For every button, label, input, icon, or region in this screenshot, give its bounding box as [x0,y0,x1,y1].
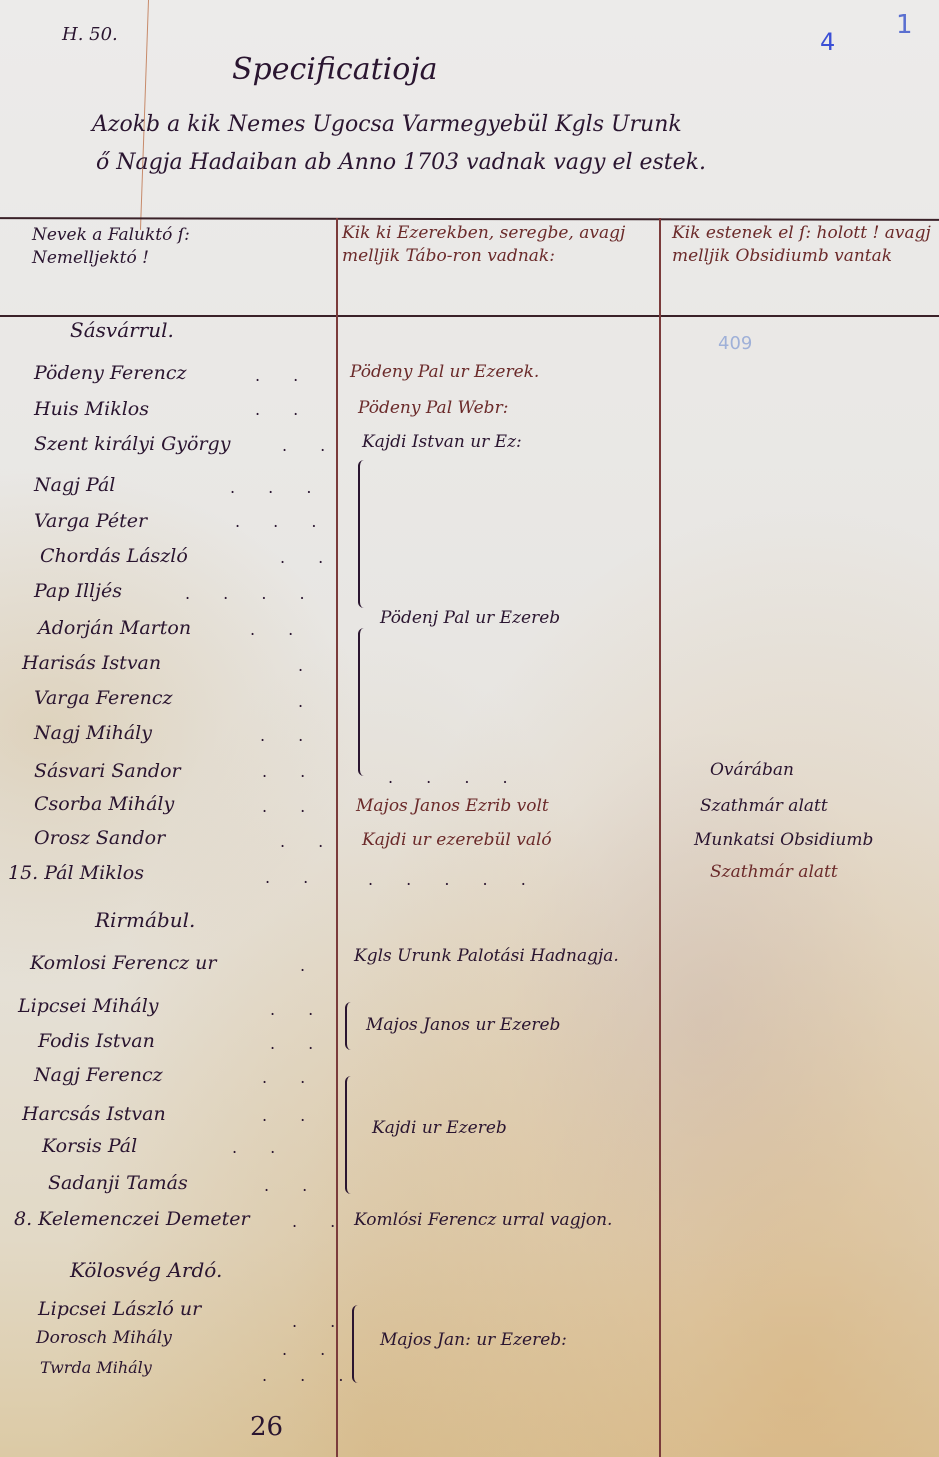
name-cell: Szent királyi György [34,433,230,455]
header-bottom-rule [0,315,939,317]
name-cell: Varga Péter [34,510,147,532]
name-cell: Lipcsei László ur [38,1298,201,1320]
name-cell: Nagj Ferencz [34,1064,163,1086]
bracket [358,460,368,608]
name-cell: Huis Miklos [34,398,149,420]
leader-dots: . . [260,726,317,745]
leader-dots: . . . . [388,768,522,787]
regiment-cell: Kajdi ur Ezereb [372,1118,507,1138]
manuscript-page: H. 50. 4 1 Specificatioja Azokb a kik Ne… [0,0,939,1457]
bracket [352,1305,362,1383]
name-cell: Varga Ferencz [34,687,173,709]
village-heading: Sásvárrul. [70,318,174,342]
leader-dots: . . [262,797,319,816]
name-cell: Nagj Pál [34,474,115,496]
regiment-cell: Kajdi ur ezerebül való [362,830,552,850]
name-cell: Komlosi Ferencz ur [30,952,216,974]
regiment-cell: Pödeny Pal Webr: [358,398,508,418]
name-cell: Orosz Sandor [34,827,165,849]
regiment-cell: Majos Janos Ezrib volt [356,796,549,816]
leader-dots: . . . [230,478,325,497]
leader-dots: . . [262,1068,319,1087]
village-heading: Kölosvég Ardó. [70,1258,222,1282]
leader-dots: . . [264,1176,321,1195]
name-cell: Chordás László [40,545,188,567]
header-fallen: Kik estenek el ſ: holott ! avagj melljik… [672,222,934,268]
name-cell: Harcsás Istvan [22,1103,166,1125]
pencil-note: 409 [718,333,752,354]
leader-dots: . . [282,436,339,455]
regiment-cell: Majos Janos ur Ezereb [366,1015,560,1035]
leader-dots: . . [265,868,322,887]
leader-dots: . . [292,1312,349,1331]
name-cell: 15. Pál Miklos [8,862,144,884]
leader-dots: . [300,956,319,975]
document-subtitle-line2: ő Nagja Hadaiban ab Anno 1703 vadnak vag… [96,150,706,175]
header-regiment: Kik ki Ezerekben, seregbe, avagj melljik… [342,222,642,268]
name-cell: Fodis Istvan [38,1030,155,1052]
name-cell: Nagj Mihály [34,722,152,744]
regiment-cell: Kgls Urunk Palotási Hadnagja. [354,946,619,966]
leader-dots: . . [280,832,337,851]
document-title: Specificatioja [232,52,438,87]
name-cell: Lipcsei Mihály [18,995,159,1017]
leader-dots: . . . [262,1366,357,1385]
reference-mark: H. 50. [62,24,118,45]
leader-dots: . . [292,1212,349,1231]
leader-dots: . . [282,1340,339,1359]
bracket [345,1002,355,1050]
name-cell: Sadanji Tamás [48,1172,188,1194]
leader-dots: . . [270,1034,327,1053]
fallen-cell: Szathmár alatt [710,862,838,882]
regiment-cell: Komlósi Ferencz urral vagjon. [354,1210,612,1230]
leader-dots: . . [262,1106,319,1125]
leader-dots: . . [250,620,307,639]
bracket [345,1076,355,1194]
leader-dots: . . [255,366,312,385]
archive-number-1: 1 [896,10,913,40]
name-cell: Sásvari Sandor [34,760,181,782]
archive-number-4: 4 [820,28,835,56]
name-cell: Pödeny Ferencz [34,362,186,384]
name-cell: Korsis Pál [42,1135,137,1157]
leader-dots: . . . . . [368,870,540,889]
document-subtitle-line1: Azokb a kik Nemes Ugocsa Varmegyebül Kgl… [92,112,682,137]
name-cell: Harisás Istvan [22,652,161,674]
bracket [358,628,368,776]
leader-dots: . . [270,1000,327,1019]
regiment-cell: Pödenj Pal ur Ezereb [380,608,560,628]
leader-dots: . [298,692,317,711]
fallen-cell: Munkatsi Obsidiumb [694,830,873,850]
page-number: 26 [250,1412,283,1442]
column-divider-2 [659,218,661,1457]
regiment-cell: Pödeny Pal ur Ezerek. [350,362,539,382]
leader-dots: . . [255,400,312,419]
regiment-cell: Majos Jan: ur Ezereb: [380,1330,567,1350]
name-cell: Csorba Mihály [34,793,174,815]
name-cell: Pap Illjés [34,580,122,602]
leader-dots: . . [232,1138,289,1157]
leader-dots: . [298,656,317,675]
name-cell: 8. Kelemenczei Demeter [14,1208,250,1230]
name-cell: Adorján Marton [38,617,191,639]
village-heading: Rirmábul. [95,908,195,932]
name-cell: Dorosch Mihály [36,1328,172,1348]
leader-dots: . . [280,548,337,567]
name-cell: Twrda Mihály [40,1358,152,1377]
header-names: Nevek a Faluktó ſ: Nemelljektó ! [32,224,292,270]
leader-dots: . . . [235,512,330,531]
leader-dots: . . [262,762,319,781]
fallen-cell: Ovárában [710,760,794,780]
regiment-cell: Kajdi Istvan ur Ez: [362,432,522,452]
fallen-cell: Szathmár alatt [700,796,828,816]
leader-dots: . . . . [185,584,319,603]
